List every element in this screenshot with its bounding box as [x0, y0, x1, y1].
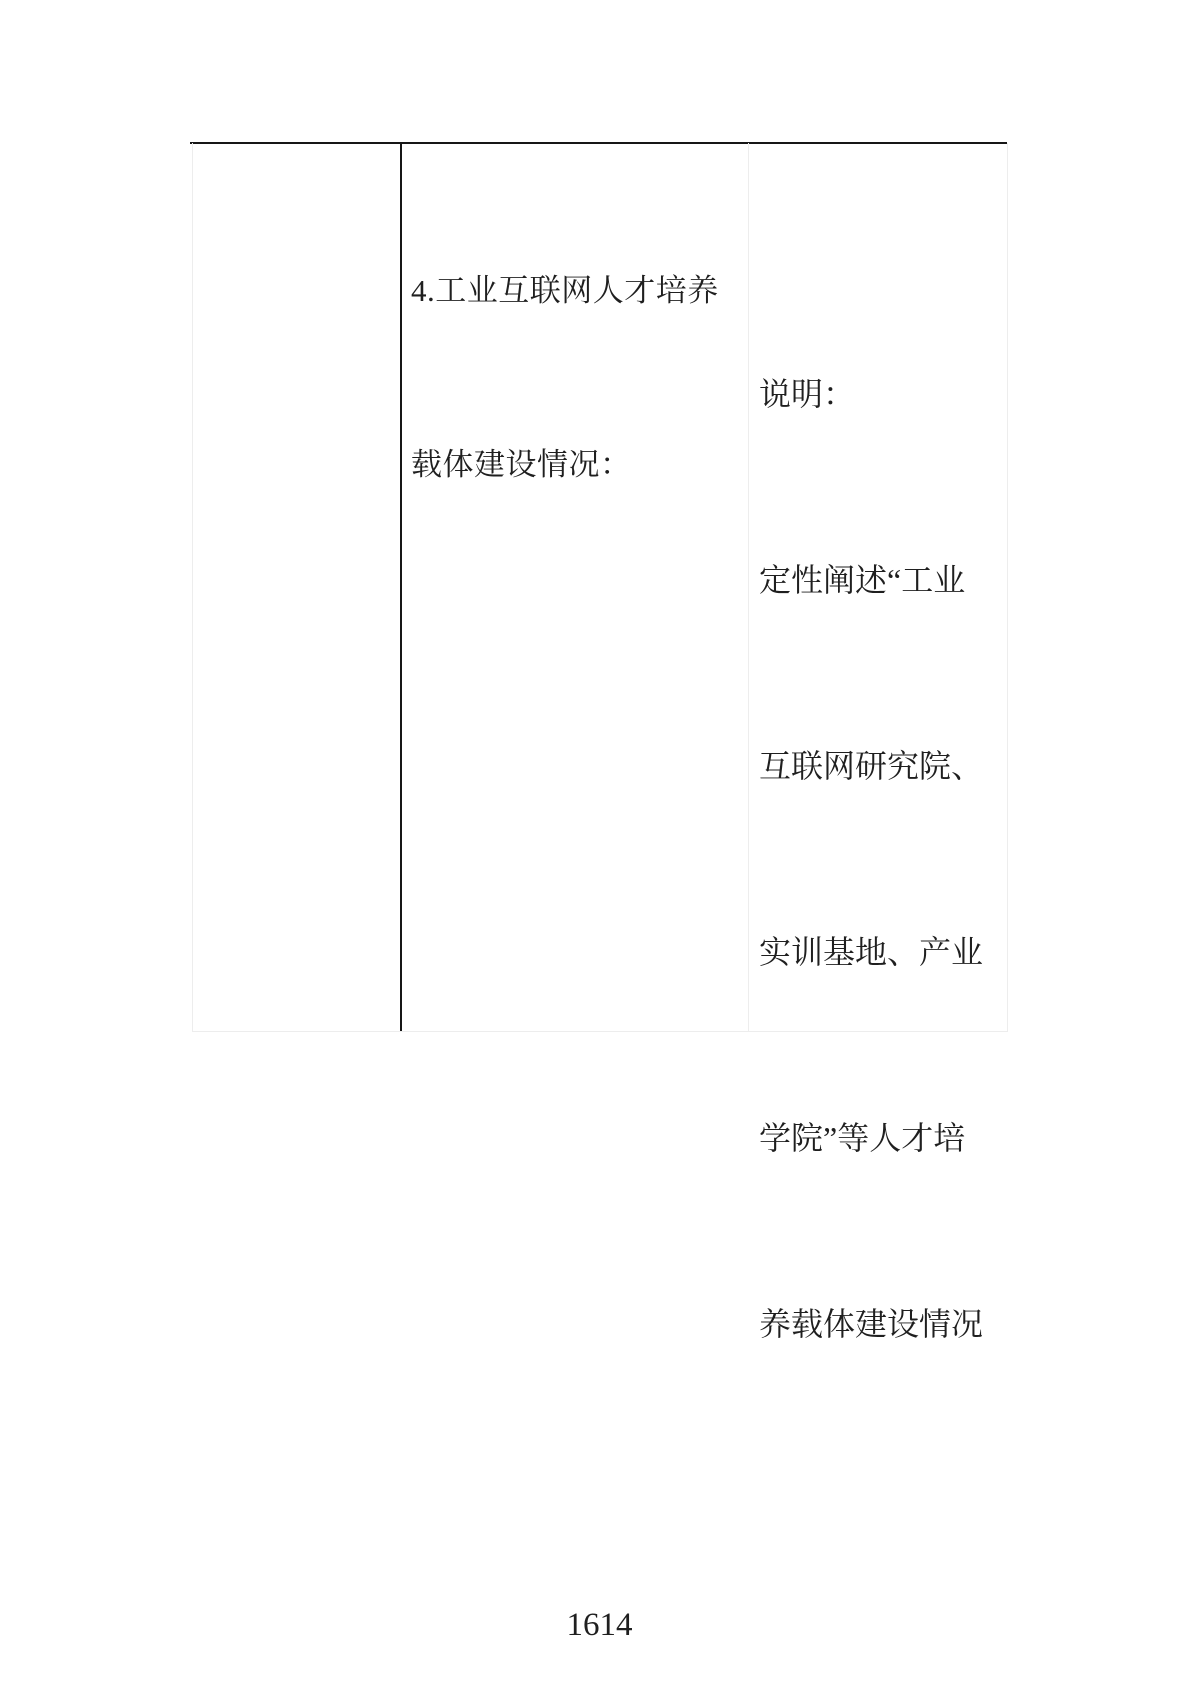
- table-top-border: [190, 142, 1007, 144]
- document-page: 4.工业互联网人才培养 载体建设情况： 说明： 定性阐述“工业 互联网研究院、 …: [0, 0, 1199, 1694]
- table-cell-item-label: 4.工业互联网人才培养 载体建设情况：: [411, 146, 719, 610]
- explanation-line-5: 学院”等人才培: [759, 1107, 983, 1169]
- explanation-line-3: 互联网研究院、: [759, 735, 983, 797]
- table-column-divider: [400, 142, 402, 1032]
- page-number: 1614: [0, 1607, 1199, 1643]
- table-cell-explanation: 说明： 定性阐述“工业 互联网研究院、 实训基地、产业 学院”等人才培 养载体建…: [759, 239, 983, 1479]
- table-left-border: [192, 143, 193, 1031]
- table-inner-divider: [748, 143, 749, 1031]
- table-right-border: [1007, 143, 1008, 1031]
- explanation-line-4: 实训基地、产业: [759, 921, 983, 983]
- explanation-line-1: 说明：: [759, 363, 983, 425]
- item-label-line-1: 4.工业互联网人才培养: [411, 262, 719, 320]
- item-label-line-2: 载体建设情况：: [411, 436, 719, 494]
- explanation-line-6: 养载体建设情况: [759, 1293, 983, 1355]
- explanation-line-2: 定性阐述“工业: [759, 549, 983, 611]
